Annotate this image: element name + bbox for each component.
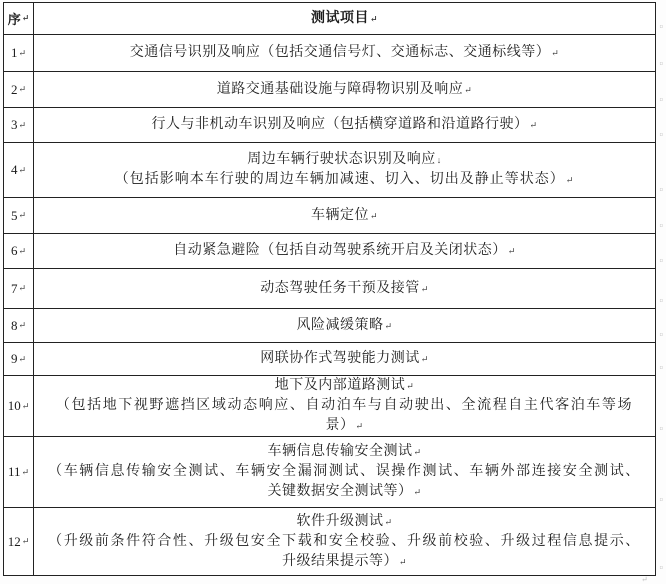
table-row-1: 1↵ 交通信号识别及响应（包括交通信号灯、交通标志、交通标线等）↵ ¤ <box>4 35 655 72</box>
header-seq-label: 序 <box>8 9 21 28</box>
paragraph-return-mark: ↵ <box>18 84 26 95</box>
table-row-7: 7↵ 动态驾驶任务干预及接管↵ ¤ <box>4 269 655 309</box>
header-items-label: 测试项目 <box>311 11 369 26</box>
item-text: 动态驾驶任务干预及接管 <box>260 281 420 296</box>
line-break-mark: ↓ <box>437 155 442 165</box>
table-row-12: 12↵ 软件升级测试↵ （升级前条件符合性、升级包安全下载和安全校验、升级前校验… <box>4 508 655 575</box>
paragraph-return-mark: ↵ <box>18 320 26 331</box>
table-row-5: 5↵ 车辆定位↵ ¤ <box>4 198 655 234</box>
table-row-3: 3↵ 行人与非机动车识别及响应（包括横穿道路和沿道路行驶）↵ ¤ <box>4 108 655 143</box>
row-number: 9 <box>11 351 18 367</box>
header-items-cell: 测试项目↵ <box>34 3 655 34</box>
paragraph-return-mark: ↵ <box>529 120 537 130</box>
row-end-mark: ¤ <box>660 223 664 230</box>
test-items-table: 序↵ 测试项目↵ ¤ 1↵ 交通信号识别及响应（包括交通信号灯、交通标志、交通标… <box>3 2 656 576</box>
item-text: 风险减缓策略 <box>296 318 383 333</box>
row-12-seq-cell: 12↵ <box>4 508 34 575</box>
row-11-seq-cell: 11↵ <box>4 437 34 507</box>
row-9-item-cell: 网联协作式驾驶能力测试↵ <box>34 343 655 375</box>
row-number: 1 <box>11 45 18 61</box>
paragraph-return-mark: ↵ <box>421 354 429 364</box>
row-10-item-cell: 地下及内部道路测试↵ （包括地下视野遮挡区域动态响应、自动泊车与自动驶出、全流程… <box>34 376 655 436</box>
paragraph-return-mark: ↵ <box>421 284 429 294</box>
table-row-10: 10↵ 地下及内部道路测试↵ （包括地下视野遮挡区域动态响应、自动泊车与自动驶出… <box>4 376 655 437</box>
paragraph-return-mark: ↵ <box>413 487 421 497</box>
row-end-mark: ¤ <box>660 97 664 104</box>
paragraph-return-mark: ↵ <box>566 175 575 185</box>
paragraph-return-mark: ↵ <box>21 467 29 478</box>
row-8-seq-cell: 8↵ <box>4 309 34 342</box>
row-number: 2 <box>11 82 18 98</box>
row-1-item-cell: 交通信号识别及响应（包括交通信号灯、交通标志、交通标线等）↵ <box>34 35 655 71</box>
row-end-mark: ¤ <box>660 497 664 504</box>
after-table-paragraph-mark: ↵ <box>641 575 648 584</box>
row-number: 6 <box>11 243 18 259</box>
row-number: 7 <box>11 281 18 297</box>
item-text: （包括影响本车行驶的周边车辆加减速、切入、切出及静止等状态） <box>115 172 565 187</box>
row-end-mark: ¤ <box>660 258 664 265</box>
item-text: 网联协作式驾驶能力测试 <box>260 351 420 366</box>
item-text: （升级前条件符合性、升级包安全下载和安全校验、升级前校验、升级过程信息提示、 <box>48 534 641 549</box>
item-text: 行人与非机动车识别及响应（包括横穿道路和沿道路行驶） <box>151 117 528 132</box>
item-text: 升级结果提示等） <box>282 554 398 569</box>
item-text: 车辆信息传输安全测试 <box>267 444 412 459</box>
paragraph-return-mark: ↵ <box>399 557 407 567</box>
paragraph-return-mark: ↵ <box>370 211 378 221</box>
row-10-seq-cell: 10↵ <box>4 376 34 436</box>
item-text: 地下及内部道路测试 <box>275 378 406 393</box>
paragraph-return-mark: ↵ <box>18 210 26 221</box>
paragraph-return-mark: ↵ <box>18 48 26 59</box>
paragraph-return-mark: ↵ <box>22 536 30 547</box>
paragraph-return-mark: ↵ <box>384 517 392 527</box>
paragraph-return-mark: ↵ <box>18 120 26 131</box>
table-row-9: 9↵ 网联协作式驾驶能力测试↵ ¤ <box>4 343 655 376</box>
paragraph-return-mark: ↵ <box>551 48 559 58</box>
item-text: 关键数据安全测试等） <box>267 484 412 499</box>
paragraph-return-mark: ↵ <box>384 321 392 331</box>
item-text: （车辆信息传输安全测试、车辆安全漏洞测试、误操作测试、车辆外部连接安全测试、 <box>48 464 641 479</box>
row-number: 10 <box>8 398 21 414</box>
row-6-item-cell: 自动紧急避险（包括自动驾驶系统开启及关闭状态）↵ <box>34 234 655 268</box>
paragraph-return-mark: ↵ <box>464 85 472 95</box>
row-end-mark: ¤ <box>660 187 664 194</box>
item-text: 道路交通基础设施与障碍物识别及响应 <box>217 82 464 97</box>
paragraph-return-mark: ↵ <box>22 401 30 412</box>
row-5-item-cell: 车辆定位↵ <box>34 198 655 233</box>
table-row-2: 2↵ 道路交通基础设施与障碍物识别及响应↵ ¤ <box>4 72 655 108</box>
paragraph-return-mark: ↵ <box>413 447 421 457</box>
item-text: 自动紧急避险（包括自动驾驶系统开启及关闭状态） <box>173 243 507 258</box>
table-row-8: 8↵ 风险减缓策略↵ ¤ <box>4 309 655 343</box>
item-text: 景） <box>325 418 354 433</box>
row-2-seq-cell: 2↵ <box>4 72 34 107</box>
row-end-mark: ¤ <box>660 426 664 433</box>
row-7-seq-cell: 7↵ <box>4 269 34 308</box>
row-7-item-cell: 动态驾驶任务干预及接管↵ <box>34 269 655 308</box>
header-seq-cell: 序↵ <box>4 3 34 34</box>
item-text: 交通信号识别及响应（包括交通信号灯、交通标志、交通标线等） <box>130 45 551 60</box>
row-number: 8 <box>11 318 18 334</box>
row-number: 3 <box>11 117 18 133</box>
row-number: 5 <box>11 208 18 224</box>
row-end-mark: ¤ <box>660 132 664 139</box>
row-1-seq-cell: 1↵ <box>4 35 34 71</box>
paragraph-return-mark: ↵ <box>370 14 378 24</box>
row-end-mark: ¤ <box>660 24 664 31</box>
row-end-mark: ¤ <box>660 365 664 372</box>
row-end-mark: ¤ <box>660 61 664 68</box>
paragraph-return-mark: ↵ <box>22 13 30 24</box>
paragraph-return-mark: ↵ <box>18 165 26 176</box>
row-11-item-cell: 车辆信息传输安全测试↵ （车辆信息传输安全测试、车辆安全漏洞测试、误操作测试、车… <box>34 437 655 507</box>
row-5-seq-cell: 5↵ <box>4 198 34 233</box>
row-4-seq-cell: 4↵ <box>4 143 34 197</box>
item-text: （包括地下视野遮挡区域动态响应、自动泊车与自动驶出、全流程自主代客泊车等场 <box>56 398 633 413</box>
row-9-seq-cell: 9↵ <box>4 343 34 375</box>
row-2-item-cell: 道路交通基础设施与障碍物识别及响应↵ <box>34 72 655 107</box>
table-row-4: 4↵ 周边车辆行驶状态识别及响应↓ （包括影响本车行驶的周边车辆加减速、切入、切… <box>4 143 655 198</box>
row-number: 4 <box>11 162 18 178</box>
row-8-item-cell: 风险减缓策略↵ <box>34 309 655 342</box>
table-row-11: 11↵ 车辆信息传输安全测试↵ （车辆信息传输安全测试、车辆安全漏洞测试、误操作… <box>4 437 655 508</box>
paragraph-return-mark: ↵ <box>508 246 516 256</box>
row-3-item-cell: 行人与非机动车识别及响应（包括横穿道路和沿道路行驶）↵ <box>34 108 655 142</box>
paragraph-return-mark: ↵ <box>18 354 26 365</box>
row-end-mark: ¤ <box>660 332 664 339</box>
table-header-row: 序↵ 测试项目↵ ¤ <box>4 3 655 35</box>
item-text: 软件升级测试 <box>296 514 383 529</box>
item-text: 周边车辆行驶状态识别及响应 <box>247 152 436 167</box>
row-12-item-cell: 软件升级测试↵ （升级前条件符合性、升级包安全下载和安全校验、升级前校验、升级过… <box>34 508 655 575</box>
row-end-mark: ¤ <box>660 565 664 572</box>
row-3-seq-cell: 3↵ <box>4 108 34 142</box>
paragraph-return-mark: ↵ <box>18 246 26 257</box>
row-number: 12 <box>8 534 21 550</box>
paragraph-return-mark: ↵ <box>355 421 363 431</box>
row-end-mark: ¤ <box>660 298 664 305</box>
paragraph-return-mark: ↵ <box>18 283 26 294</box>
item-text: 车辆定位 <box>311 208 369 223</box>
row-6-seq-cell: 6↵ <box>4 234 34 268</box>
row-4-item-cell: 周边车辆行驶状态识别及响应↓ （包括影响本车行驶的周边车辆加减速、切入、切出及静… <box>34 143 655 197</box>
document-page: 序↵ 测试项目↵ ¤ 1↵ 交通信号识别及响应（包括交通信号灯、交通标志、交通标… <box>0 0 666 584</box>
row-number: 11 <box>8 464 21 480</box>
paragraph-return-mark: ↵ <box>406 381 414 391</box>
table-row-6: 6↵ 自动紧急避险（包括自动驾驶系统开启及关闭状态）↵ ¤ <box>4 234 655 269</box>
